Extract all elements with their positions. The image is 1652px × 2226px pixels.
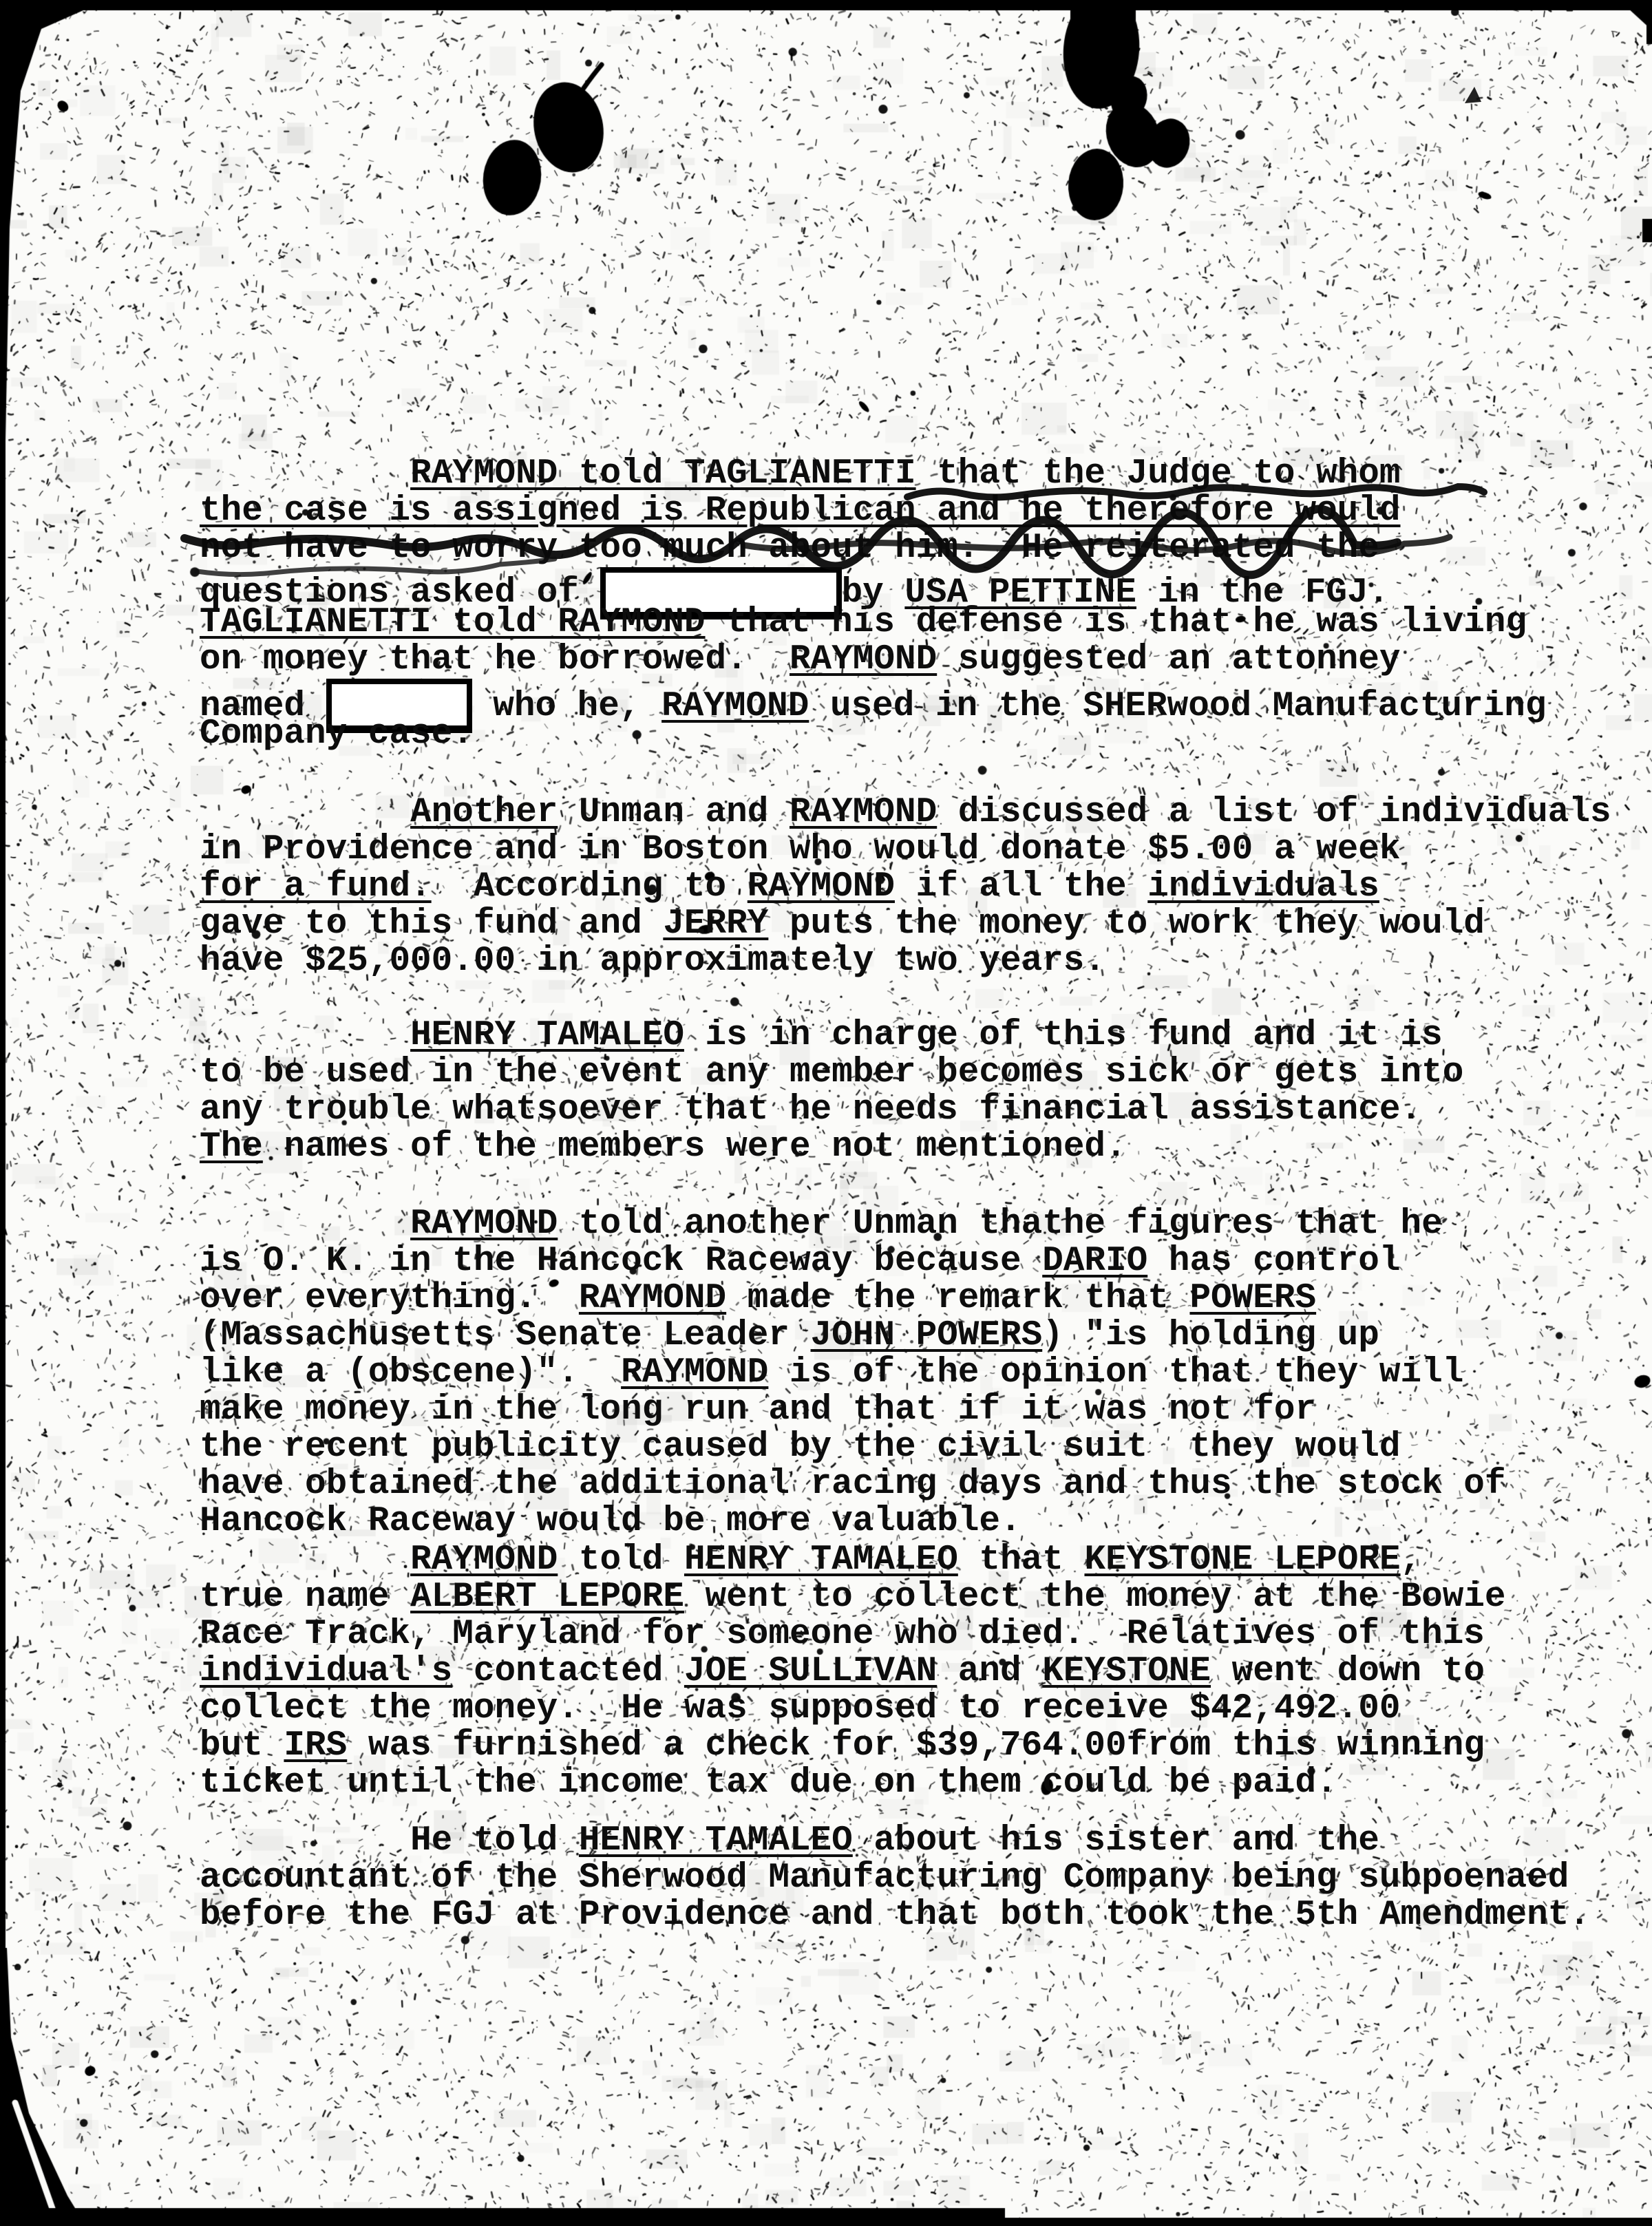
scanned-document-page: RAYMOND told TAGLIANETTI that the Judge … xyxy=(0,0,1652,2226)
pen-wave-line2 xyxy=(184,509,1397,575)
pen-underline-marks xyxy=(0,0,1652,2226)
stray-mark xyxy=(1465,87,1481,103)
pen-wave-judge xyxy=(907,487,1484,497)
pen-tail-line3 xyxy=(197,559,555,575)
pen-wave-line2-overdraw xyxy=(743,537,1450,553)
